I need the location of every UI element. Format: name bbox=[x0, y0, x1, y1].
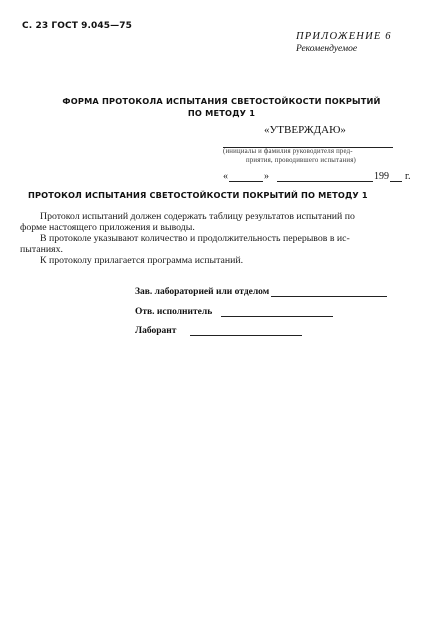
signature-label: Отв. исполнитель bbox=[135, 307, 212, 317]
paragraph-3-line1: К протоколу прилагается программа испыта… bbox=[20, 255, 400, 266]
date-year-suffix: г. bbox=[405, 171, 410, 182]
paragraph-3: К протоколу прилагается программа испыта… bbox=[20, 255, 400, 266]
signature-row-lab-assistant: Лаборант bbox=[135, 326, 302, 336]
date-month-blank[interactable] bbox=[277, 172, 373, 182]
signature-label: Зав. лабораторией или отделом bbox=[135, 287, 269, 297]
form-title-line2: ПО МЕТОДУ 1 bbox=[8, 108, 427, 118]
paragraph-1-line1: Протокол испытаний должен содержать табл… bbox=[20, 211, 400, 222]
paragraph-1: Протокол испытаний должен содержать табл… bbox=[20, 211, 400, 233]
signature-row-executor: Отв. исполнитель bbox=[135, 307, 333, 317]
signature-line[interactable] bbox=[271, 287, 387, 297]
approval-caption-line1: (инициалы и фамилия руководителя пред- bbox=[223, 148, 353, 155]
protocol-title: ПРОТОКОЛ ИСПЫТАНИЯ СВЕТОСТОЙКОСТИ ПОКРЫТ… bbox=[28, 190, 368, 200]
approval-caption-line2: приятия, проводившего испытания) bbox=[246, 157, 356, 164]
approval-date-row: « » 199 г. bbox=[223, 170, 410, 182]
signature-label: Лаборант bbox=[135, 326, 176, 336]
appendix-status: Рекомендуемое bbox=[296, 44, 357, 54]
date-close-quote: » bbox=[264, 171, 269, 182]
form-title-line1: ФОРМА ПРОТОКОЛА ИСПЫТАНИЯ СВЕТОСТОЙКОСТИ… bbox=[8, 96, 427, 106]
paragraph-2: В протоколе указывают количество и продо… bbox=[20, 233, 400, 255]
appendix-title: ПРИЛОЖЕНИЕ 6 bbox=[296, 31, 392, 42]
date-year-prefix: 199 bbox=[374, 171, 389, 182]
signature-line[interactable] bbox=[190, 326, 302, 336]
signature-line[interactable] bbox=[221, 307, 333, 317]
date-open-quote: « bbox=[223, 171, 228, 182]
date-day-blank[interactable] bbox=[229, 172, 263, 182]
signature-row-lab-head: Зав. лабораторией или отделом bbox=[135, 287, 387, 297]
paragraph-2-line1: В протоколе указывают количество и продо… bbox=[20, 233, 400, 244]
paragraph-2-line2: пытаниях. bbox=[20, 244, 400, 255]
paragraph-1-line2: форме настоящего приложения и выводы. bbox=[20, 222, 400, 233]
approval-label: «УТВЕРЖДАЮ» bbox=[264, 124, 346, 136]
date-year-blank[interactable] bbox=[390, 172, 402, 182]
page-header: С. 23 ГОСТ 9.045—75 bbox=[22, 21, 132, 31]
